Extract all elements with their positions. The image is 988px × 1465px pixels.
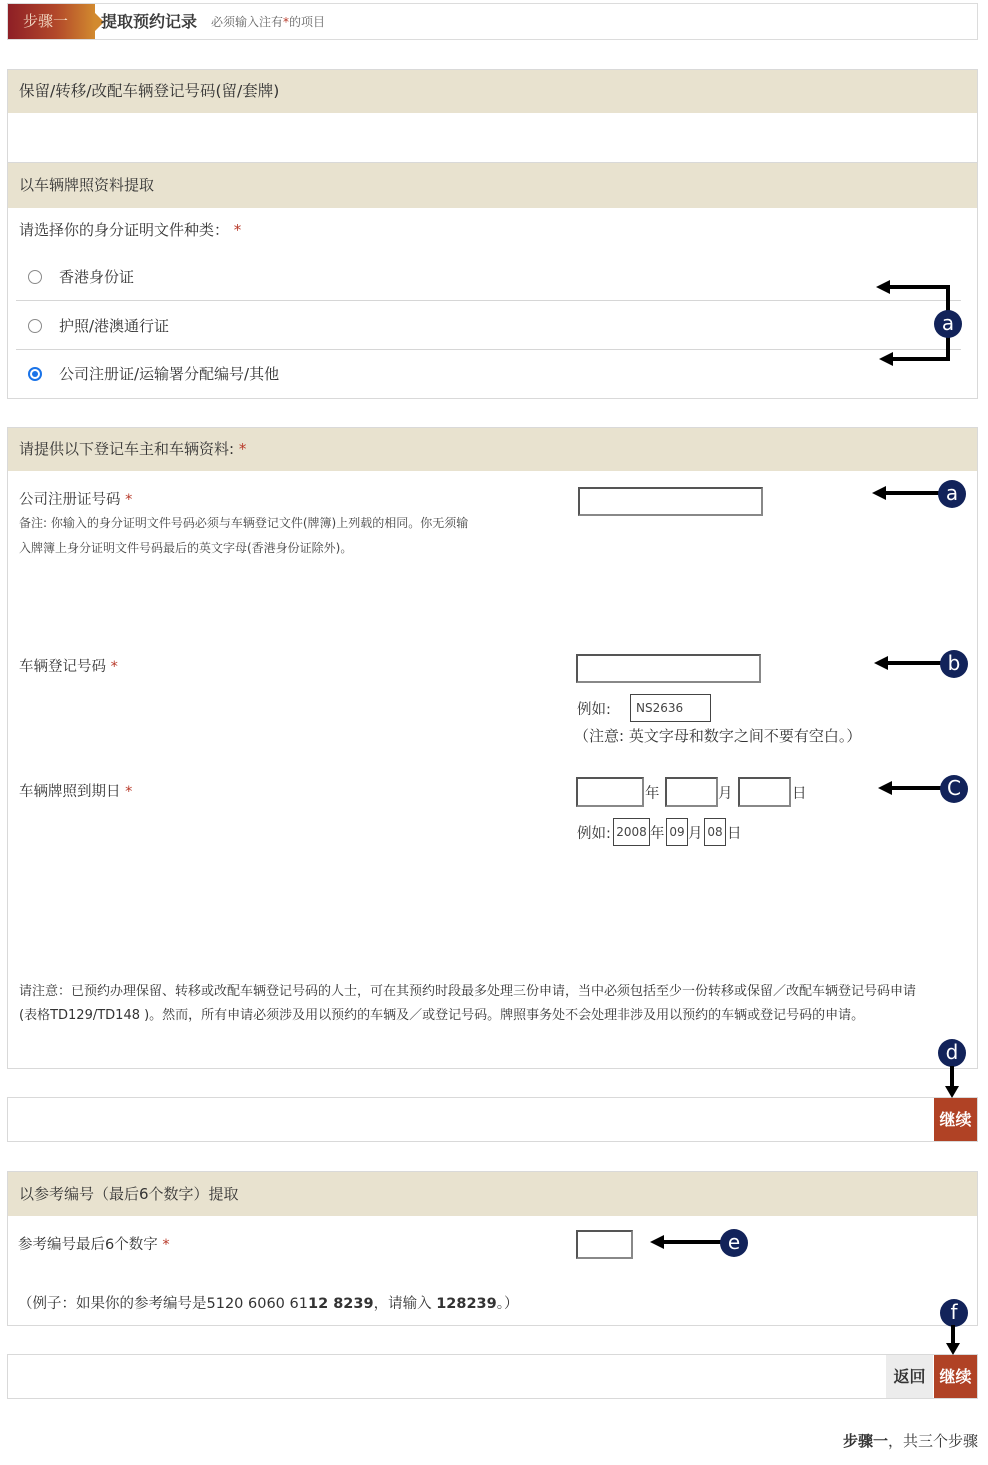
- example-year-unit: 年: [650, 822, 665, 843]
- section-ref: 以参考编号（最后6个数字）提取 参考编号最后6个数字 * （例子：如果你的参考编…: [7, 1171, 978, 1326]
- ref-field-label: 参考编号最后6个数字 *: [18, 1233, 170, 1254]
- vehicle-reg-example-value: NS2636: [630, 694, 711, 722]
- continue-button-2[interactable]: 继续: [934, 1355, 977, 1398]
- section-owner-footer: [7, 1039, 978, 1069]
- action-bar-2: 返回 继续: [7, 1354, 978, 1399]
- radio-label-passport[interactable]: 护照/港澳通行证: [59, 302, 169, 350]
- section-license: 以车辆牌照资料提取 请选择你的身分证明文件种类： * 香港身份证 护照/港澳通行…: [7, 162, 978, 399]
- example-month-unit: 月: [688, 822, 703, 843]
- ref-number-input[interactable]: [576, 1230, 633, 1259]
- expiry-example-label: 例如:: [577, 822, 611, 843]
- notice-line-2: (表格TD129/TD148 )。然而，所有申请必须涉及用以预约的车辆及／或登记…: [19, 1004, 964, 1028]
- annotation-marker-a: a: [934, 310, 962, 338]
- expiry-example-year: 2008: [613, 818, 650, 846]
- back-button[interactable]: 返回: [886, 1355, 933, 1398]
- vehicle-reg-label: 车辆登记号码 *: [19, 655, 118, 676]
- step-total: ，共三个步骤: [888, 1432, 978, 1450]
- step-progress: 步骤一，共三个步骤: [843, 1430, 978, 1451]
- company-reg-label: 公司注册证号码 *: [19, 488, 132, 509]
- radio-option-passport[interactable]: 护照/港澳通行证: [16, 302, 961, 350]
- page-title: 提取预约记录: [101, 4, 197, 39]
- company-reg-note-2: 入牌簿上身分证明文件号码最后的英文字母(香港身份证除外)。: [19, 536, 352, 561]
- radio-hkid[interactable]: [28, 270, 42, 284]
- radio-label-hkid[interactable]: 香港身份证: [59, 253, 134, 301]
- radio-company[interactable]: [28, 367, 42, 381]
- section-ref-title: 以参考编号（最后6个数字）提取: [8, 1172, 977, 1216]
- vehicle-reg-example-label: 例如:: [577, 698, 611, 719]
- annotation-marker-f: f: [940, 1299, 968, 1327]
- expiry-example-month: 09: [666, 818, 688, 846]
- month-unit: 月: [718, 782, 733, 803]
- section-main-title: 保留/转移/改配车辆登记号码(留/套牌): [8, 70, 977, 113]
- year-unit: 年: [645, 782, 660, 803]
- required-hint: 必须输入注有*的项目: [211, 5, 325, 40]
- company-reg-note-1: 备注: 你输入的身分证明文件号码必须与车辆登记文件(牌簿)上列载的相同。你无须输: [19, 511, 468, 536]
- doc-type-label: 请选择你的身分证明文件种类： *: [19, 219, 241, 240]
- annotation-f-arrow-line: [951, 1325, 955, 1345]
- radio-label-company[interactable]: 公司注册证/运输署分配编号/其他: [59, 350, 279, 398]
- radio-option-company[interactable]: 公司注册证/运输署分配编号/其他: [16, 350, 961, 398]
- section-license-title: 以车辆牌照资料提取: [8, 163, 977, 208]
- license-expiry-label: 车辆牌照到期日 *: [19, 780, 132, 801]
- day-unit: 日: [792, 782, 807, 803]
- expiry-example-day: 08: [704, 818, 726, 846]
- section-owner: 请提供以下登记车主和车辆资料: * 公司注册证号码 * 备注: 你输入的身分证明…: [7, 427, 978, 1040]
- annotation-marker-b: b: [940, 650, 968, 678]
- expiry-year-input[interactable]: [576, 777, 644, 807]
- example-day-unit: 日: [727, 822, 742, 843]
- annotation-d-arrow-head: [945, 1086, 959, 1098]
- ref-example: （例子：如果你的参考编号是5120 6060 6112 8239，请输入 128…: [18, 1292, 518, 1313]
- annotation-f-arrow-head: [946, 1343, 960, 1355]
- company-reg-input[interactable]: [578, 487, 763, 516]
- step-current: 步骤一: [843, 1432, 888, 1450]
- annotation-marker-d: d: [938, 1039, 966, 1067]
- step-badge: 步骤一: [8, 4, 95, 39]
- action-bar-1: 继续: [7, 1097, 978, 1142]
- expiry-month-input[interactable]: [665, 777, 718, 807]
- annotation-marker-c: C: [940, 775, 968, 803]
- annotation-marker-a2: a: [938, 480, 966, 508]
- section-main: 保留/转移/改配车辆登记号码(留/套牌): [7, 69, 978, 163]
- vehicle-reg-example-note: （注意: 英文字母和数字之间不要有空白。）: [574, 725, 861, 746]
- appointment-notice: 请注意：已预约办理保留、转移或改配车辆登记号码的人士，可在其预约时段最多处理三份…: [19, 980, 964, 1028]
- continue-button-1[interactable]: 继续: [934, 1098, 977, 1141]
- annotation-d-arrow-line: [950, 1066, 954, 1088]
- step-header: 步骤一 提取预约记录 必须输入注有*的项目: [7, 3, 978, 40]
- section-owner-title: 请提供以下登记车主和车辆资料: *: [8, 428, 977, 471]
- expiry-day-input[interactable]: [738, 777, 791, 807]
- notice-line-1: 请注意：已预约办理保留、转移或改配车辆登记号码的人士，可在其预约时段最多处理三份…: [19, 980, 964, 1004]
- radio-passport[interactable]: [28, 319, 42, 333]
- annotation-marker-e: e: [720, 1229, 748, 1257]
- vehicle-reg-input[interactable]: [576, 654, 761, 683]
- radio-option-hkid[interactable]: 香港身份证: [16, 253, 961, 301]
